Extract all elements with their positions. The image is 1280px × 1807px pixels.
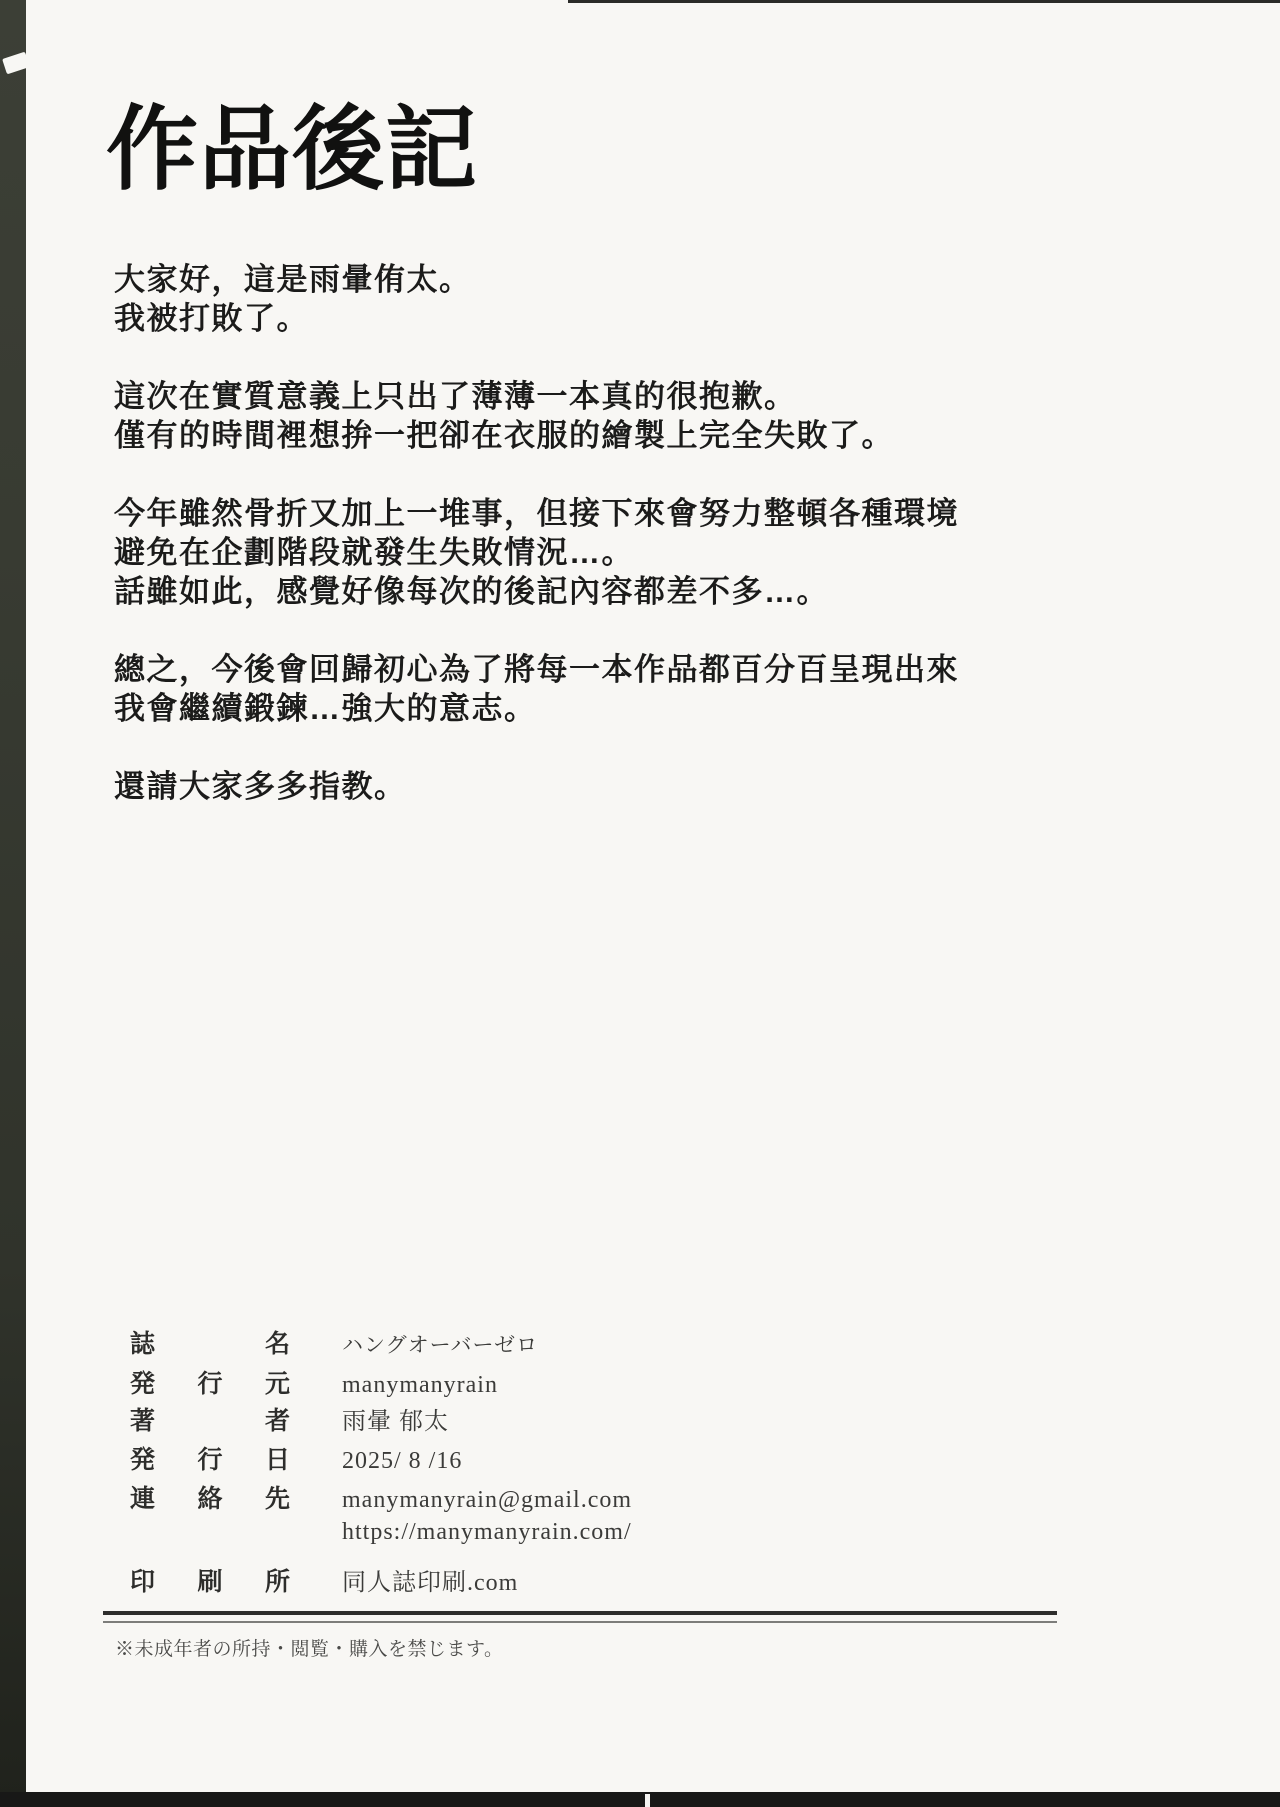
colophon-label: 発行日 <box>130 1440 290 1476</box>
colophon-row-author: 著者雨暈 郁太 <box>130 1401 449 1435</box>
age-disclaimer-text: ※未成年者の所持・閲覧・購入を禁じます。 <box>115 1634 503 1661</box>
colophon-value: 2025/ 8 /16 <box>342 1448 462 1475</box>
colophon-label: 誌名 <box>130 1324 290 1360</box>
body-line: 大家好，這是雨暈侑太。 <box>114 260 1134 299</box>
colophon-row-website: https://manymanyrain.com/ <box>130 1519 632 1553</box>
body-line: 避免在企劃階段就發生失敗情況…。 <box>114 533 1134 572</box>
body-line-blank <box>114 338 1134 377</box>
body-line-blank <box>114 728 1134 767</box>
colophon-value: manymanyrain@gmail.com <box>342 1487 632 1514</box>
body-line: 我會繼續鍛鍊…強大的意志。 <box>114 689 1134 728</box>
colophon-row-publisher: 発行元manymanyrain <box>130 1364 498 1398</box>
colophon-value: 雨暈 郁太 <box>342 1401 449 1436</box>
body-line: 今年雖然骨折又加上一堆事，但接下來會努力整頓各種環境 <box>114 494 1134 533</box>
scan-edge-bottom <box>0 1792 1280 1807</box>
colophon-label: 印刷所 <box>130 1562 290 1598</box>
colophon-label: 連絡先 <box>130 1479 290 1515</box>
colophon-value: https://manymanyrain.com/ <box>342 1519 632 1546</box>
body-line: 我被打敗了。 <box>114 299 1134 338</box>
body-line: 還請大家多多指教。 <box>114 767 1134 806</box>
colophon-value: ハングオーバーゼロ <box>342 1329 538 1359</box>
colophon-label: 著者 <box>130 1401 290 1437</box>
colophon-value: 同人誌印刷.com <box>342 1562 518 1597</box>
divider-rule-thin <box>103 1621 1057 1623</box>
scan-edge-left <box>0 0 26 1807</box>
colophon-label: 発行元 <box>130 1364 290 1400</box>
colophon-row-title: 誌名ハングオーバーゼロ <box>130 1324 538 1358</box>
scanned-afterword-page: 作品後記 大家好，這是雨暈侑太。 我被打敗了。 這次在實質意義上只出了薄薄一本真… <box>0 0 1280 1807</box>
body-line: 話雖如此，感覺好像每次的後記內容都差不多…。 <box>114 572 1134 611</box>
colophon-row-date: 発行日2025/ 8 /16 <box>130 1440 462 1474</box>
afterword-body: 大家好，這是雨暈侑太。 我被打敗了。 這次在實質意義上只出了薄薄一本真的很抱歉。… <box>114 260 1134 806</box>
divider-rule-thick <box>103 1611 1057 1615</box>
colophon-value: manymanyrain <box>342 1372 498 1399</box>
body-line-blank <box>114 611 1134 650</box>
colophon-row-printer: 印刷所同人誌印刷.com <box>130 1562 518 1596</box>
scan-edge-bottom-tick <box>645 1794 650 1807</box>
body-line: 僅有的時間裡想拚一把卻在衣服的繪製上完全失敗了。 <box>114 416 1134 455</box>
body-line: 總之，今後會回歸初心為了將每一本作品都百分百呈現出來 <box>114 650 1134 689</box>
body-line: 這次在實質意義上只出了薄薄一本真的很抱歉。 <box>114 377 1134 416</box>
colophon-row-contact: 連絡先manymanyrain@gmail.com <box>130 1479 632 1513</box>
body-line-blank <box>114 455 1134 494</box>
scan-edge-top <box>568 0 1280 3</box>
page-title: 作品後記 <box>106 104 478 196</box>
